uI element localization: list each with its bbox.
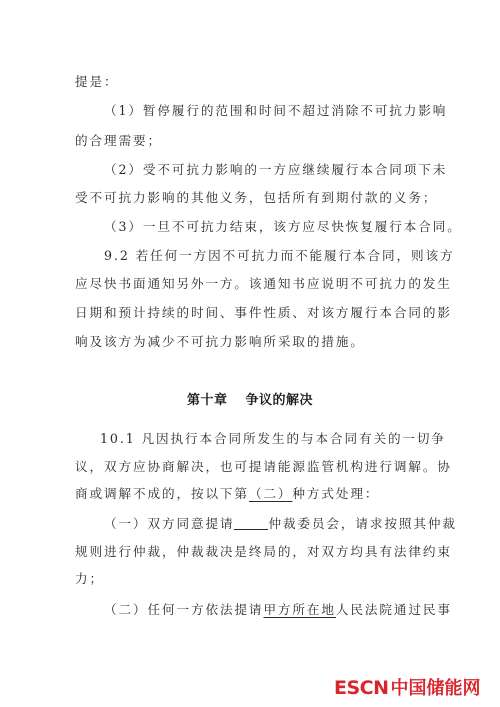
text-line: 10.1 凡因执行本合同所发生的与本合同有关的一切争 (100, 431, 446, 447)
text-line: （二）任何一方依法提请甲方所在地人民法院通过民事 (104, 602, 452, 618)
text-line: 日期和预计持续的时间、事件性质、对该方履行本合同的影 (75, 305, 452, 321)
watermark-latin: ESCN (334, 677, 389, 699)
text-line: 议，双方应协商解决，也可提请能源监管机构进行调解。协 (75, 459, 452, 475)
text-segment: 商或调解不成的，按以下第 (75, 486, 249, 501)
text-segment: 人民法院通过民事 (336, 602, 452, 617)
text-segment: （二）任何一方依法提请 (104, 602, 263, 617)
chapter-title: 第十章争议的解决 (0, 389, 500, 408)
text-segment: 种方式处理： (292, 486, 379, 501)
text-line: （1）暂停履行的范围和时间不超过消除不可抗力影响 (104, 103, 447, 119)
watermark-chinese: 中国储能网 (391, 678, 481, 699)
text-line: （2）受不可抗力影响的一方应继续履行本合同项下未 (104, 162, 447, 178)
selected-option: （二） (249, 486, 292, 501)
text-segment: 仲裁委员会，请求按照其仲裁 (268, 516, 456, 531)
text-line: 受不可抗力影响的其他义务，包括所有到期付款的义务； (75, 190, 437, 206)
text-line: 提是： (75, 74, 118, 90)
text-line: （3）一旦不可抗力结束，该方应尽快恢复履行本合同。 (104, 219, 462, 235)
chapter-name: 争议的解决 (246, 393, 314, 408)
text-line: 规则进行仲裁，仲裁裁决是终局的，对双方均具有法律约束 (75, 544, 452, 560)
text-line: 应尽快书面通知另外一方。该通知书应说明不可抗力的发生 (75, 276, 452, 292)
text-segment: （一）双方同意提请 (104, 516, 234, 531)
text-line: 力； (75, 571, 104, 587)
text-line: 的合理需要； (75, 133, 162, 149)
text-line: 9.2 若任何一方因不可抗力而不能履行本合同，则该方 (104, 248, 455, 264)
blank-field (234, 517, 268, 530)
chapter-number: 第十章 (187, 393, 228, 408)
text-line: （一）双方同意提请仲裁委员会，请求按照其仲裁 (104, 516, 457, 532)
escn-watermark-logo: ESCN中国储能网 (334, 674, 481, 700)
text-line: 响及该方为减少不可抗力影响所采取的措施。 (75, 334, 365, 350)
text-line: 商或调解不成的，按以下第（二）种方式处理： (75, 486, 379, 502)
underlined-location: 甲方所在地 (263, 602, 335, 617)
